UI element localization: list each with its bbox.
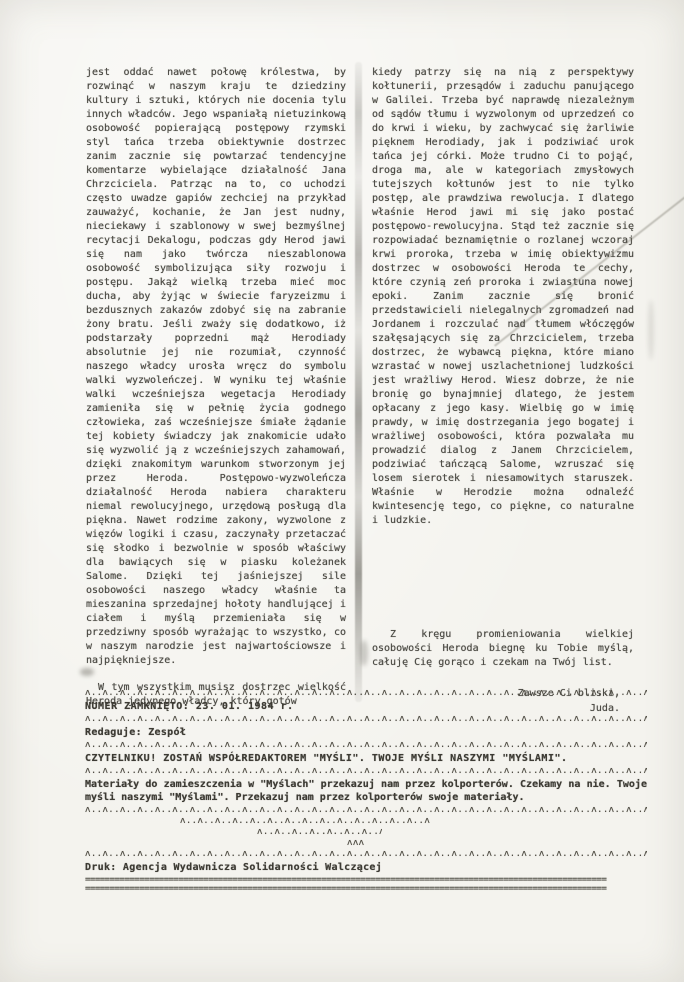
- ornamental-divider-short: ʌ..ʌ..ʌ..ʌ..ʌ..ʌ..ʌ..ʌ..ʌ..ʌ..: [257, 828, 382, 837]
- issue-closed-line: NUMER ZAMKNIĘTO: 23. 01. 1984 r.: [85, 700, 647, 713]
- scan-smudge: [648, 300, 654, 360]
- ornamental-divider: ʌ..ʌ..ʌ..ʌ..ʌ..ʌ..ʌ..ʌ..ʌ..ʌ..ʌ..ʌ..ʌ..ʌ…: [85, 689, 647, 698]
- ornamental-divider: ʌ..ʌ..ʌ..ʌ..ʌ..ʌ..ʌ..ʌ..ʌ..ʌ..ʌ..ʌ..ʌ..ʌ…: [85, 741, 647, 750]
- ornamental-divider: ʌ..ʌ..ʌ..ʌ..ʌ..ʌ..ʌ..ʌ..ʌ..ʌ..ʌ..ʌ..ʌ..ʌ…: [85, 767, 647, 776]
- readers-appeal-line: CZYTELNIKU! ZOSTAŃ WSPÓŁREDAKTOREM "MYŚL…: [85, 752, 647, 765]
- printer-credit-line: Druk: Agencja Wydawnicza Solidarności Wa…: [85, 861, 647, 874]
- column-fold-artifact: [355, 62, 362, 702]
- body-paragraph: kiedy patrzy się na nią z perspektywy ko…: [372, 66, 634, 528]
- ornamental-divider-medium: ʌ..ʌ..ʌ..ʌ..ʌ..ʌ..ʌ..ʌ..ʌ..ʌ..ʌ..ʌ..ʌ..ʌ…: [180, 817, 430, 826]
- ornamental-divider: ʌ..ʌ..ʌ..ʌ..ʌ..ʌ..ʌ..ʌ..ʌ..ʌ..ʌ..ʌ..ʌ..ʌ…: [85, 715, 647, 724]
- ornamental-divider-tiny: ʌʌʌ: [347, 839, 377, 848]
- ornamental-divider: ʌ..ʌ..ʌ..ʌ..ʌ..ʌ..ʌ..ʌ..ʌ..ʌ..ʌ..ʌ..ʌ..ʌ…: [85, 850, 647, 859]
- scan-smudge: [80, 668, 94, 676]
- closing-paragraph: Z kręgu promieniowania wielkiej osobowoś…: [372, 628, 634, 670]
- scan-smudge: [360, 640, 368, 666]
- materials-note: Materiały do zamieszczenia w "Myślach" p…: [85, 778, 647, 804]
- body-paragraph: jest oddać nawet połowę królestwa, by ro…: [86, 66, 346, 668]
- footer-block: ʌ..ʌ..ʌ..ʌ..ʌ..ʌ..ʌ..ʌ..ʌ..ʌ..ʌ..ʌ..ʌ..ʌ…: [85, 688, 647, 892]
- edited-by-line: Redaguje: Zespół: [85, 726, 647, 739]
- ornamental-divider: ʌ..ʌ..ʌ..ʌ..ʌ..ʌ..ʌ..ʌ..ʌ..ʌ..ʌ..ʌ..ʌ..ʌ…: [85, 806, 647, 815]
- right-text-column: kiedy patrzy się na nią z perspektywy ko…: [372, 66, 634, 716]
- double-rule-line: ========================================…: [85, 886, 647, 892]
- scanned-document-page: jest oddać nawet połowę królestwa, by ro…: [0, 0, 684, 982]
- left-text-column: jest oddać nawet połowę królestwa, by ro…: [86, 66, 346, 709]
- double-rule-line: ========================================…: [85, 877, 647, 883]
